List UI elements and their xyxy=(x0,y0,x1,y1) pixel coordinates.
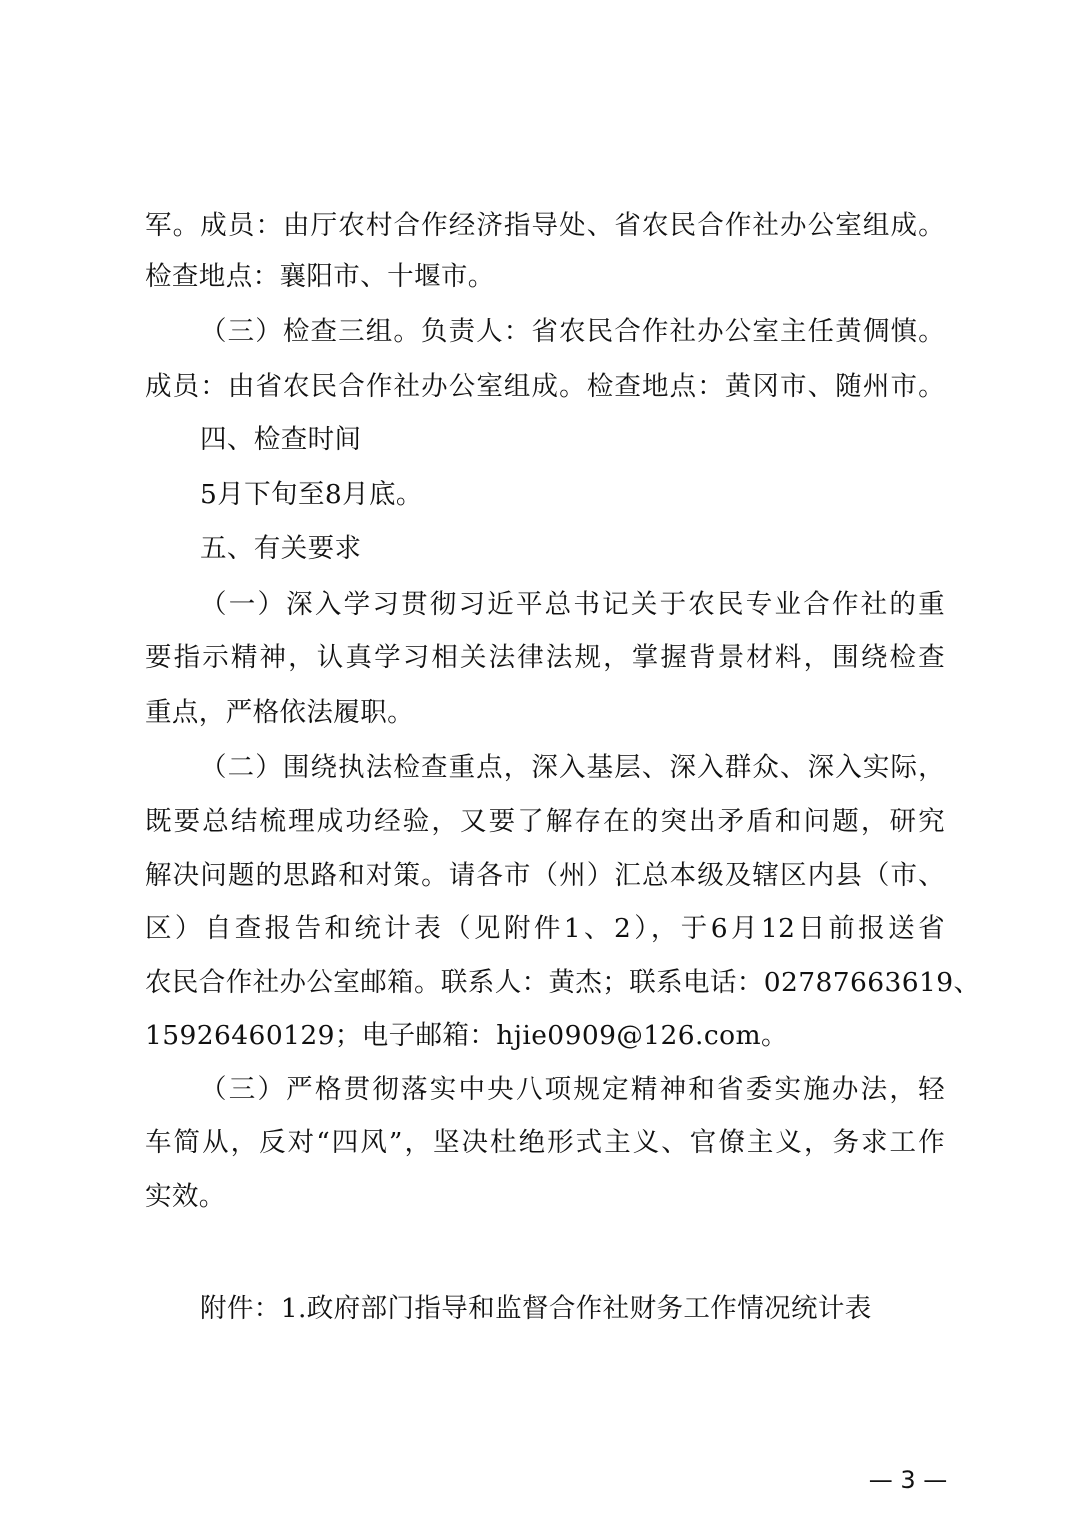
attachment-line: 附件：1.政府部门指导和监督合作社财务工作情况统计表 xyxy=(200,1289,1000,1329)
requirement-2-line: 区）自查报告和统计表（见附件1、2），于6月12日前报送省 xyxy=(145,909,945,949)
page-number: — 3 — xyxy=(868,1462,948,1498)
body-line: 成员：由省农民合作社办公室组成。检查地点：黄冈市、随州市。 xyxy=(145,367,945,407)
requirement-3-line: 车简从，反对“四风”，坚决杜绝形式主义、官僚主义，务求工作 xyxy=(145,1123,945,1163)
section-heading-inspection-time: 四、检查时间 xyxy=(200,420,1000,460)
inspection-time-text: 5月下旬至8月底。 xyxy=(200,475,1000,515)
requirement-2-line: 解决问题的思路和对策。请各市（州）汇总本级及辖区内县（市、 xyxy=(145,856,945,896)
requirement-2-contact-line: 农民合作社办公室邮箱。联系人：黄杰；联系电话：02787663619、 xyxy=(145,963,945,1003)
requirement-1-line: 重点，严格依法履职。 xyxy=(145,693,945,733)
requirement-2-email-line: 15926460129；电子邮箱：hjie0909@126.com。 xyxy=(145,1016,945,1056)
requirement-2-line: 既要总结梳理成功经验，又要了解存在的突出矛盾和问题，研究 xyxy=(145,802,945,842)
section-heading-group-3: （三）检查三组。负责人：省农民合作社办公室主任黄倜慎。 xyxy=(200,312,945,352)
section-heading-requirements: 五、有关要求 xyxy=(200,529,1000,569)
requirement-3-line: （三）严格贯彻落实中央八项规定精神和省委实施办法，轻 xyxy=(200,1070,945,1110)
body-line: 检查地点：襄阳市、十堰市。 xyxy=(145,257,945,297)
requirement-1-line: 要指示精神，认真学习相关法律法规，掌握背景材料，围绕检查 xyxy=(145,638,945,678)
body-line: 军。成员：由厅农村合作经济指导处、省农民合作社办公室组成。 xyxy=(145,206,945,246)
document-page: 军。成员：由厅农村合作经济指导处、省农民合作社办公室组成。 检查地点：襄阳市、十… xyxy=(0,0,1074,1520)
requirement-3-line: 实效。 xyxy=(145,1177,945,1217)
requirement-2-line: （二）围绕执法检查重点，深入基层、深入群众、深入实际， xyxy=(200,748,945,788)
requirement-1-line: （一）深入学习贯彻习近平总书记关于农民专业合作社的重 xyxy=(200,585,945,625)
